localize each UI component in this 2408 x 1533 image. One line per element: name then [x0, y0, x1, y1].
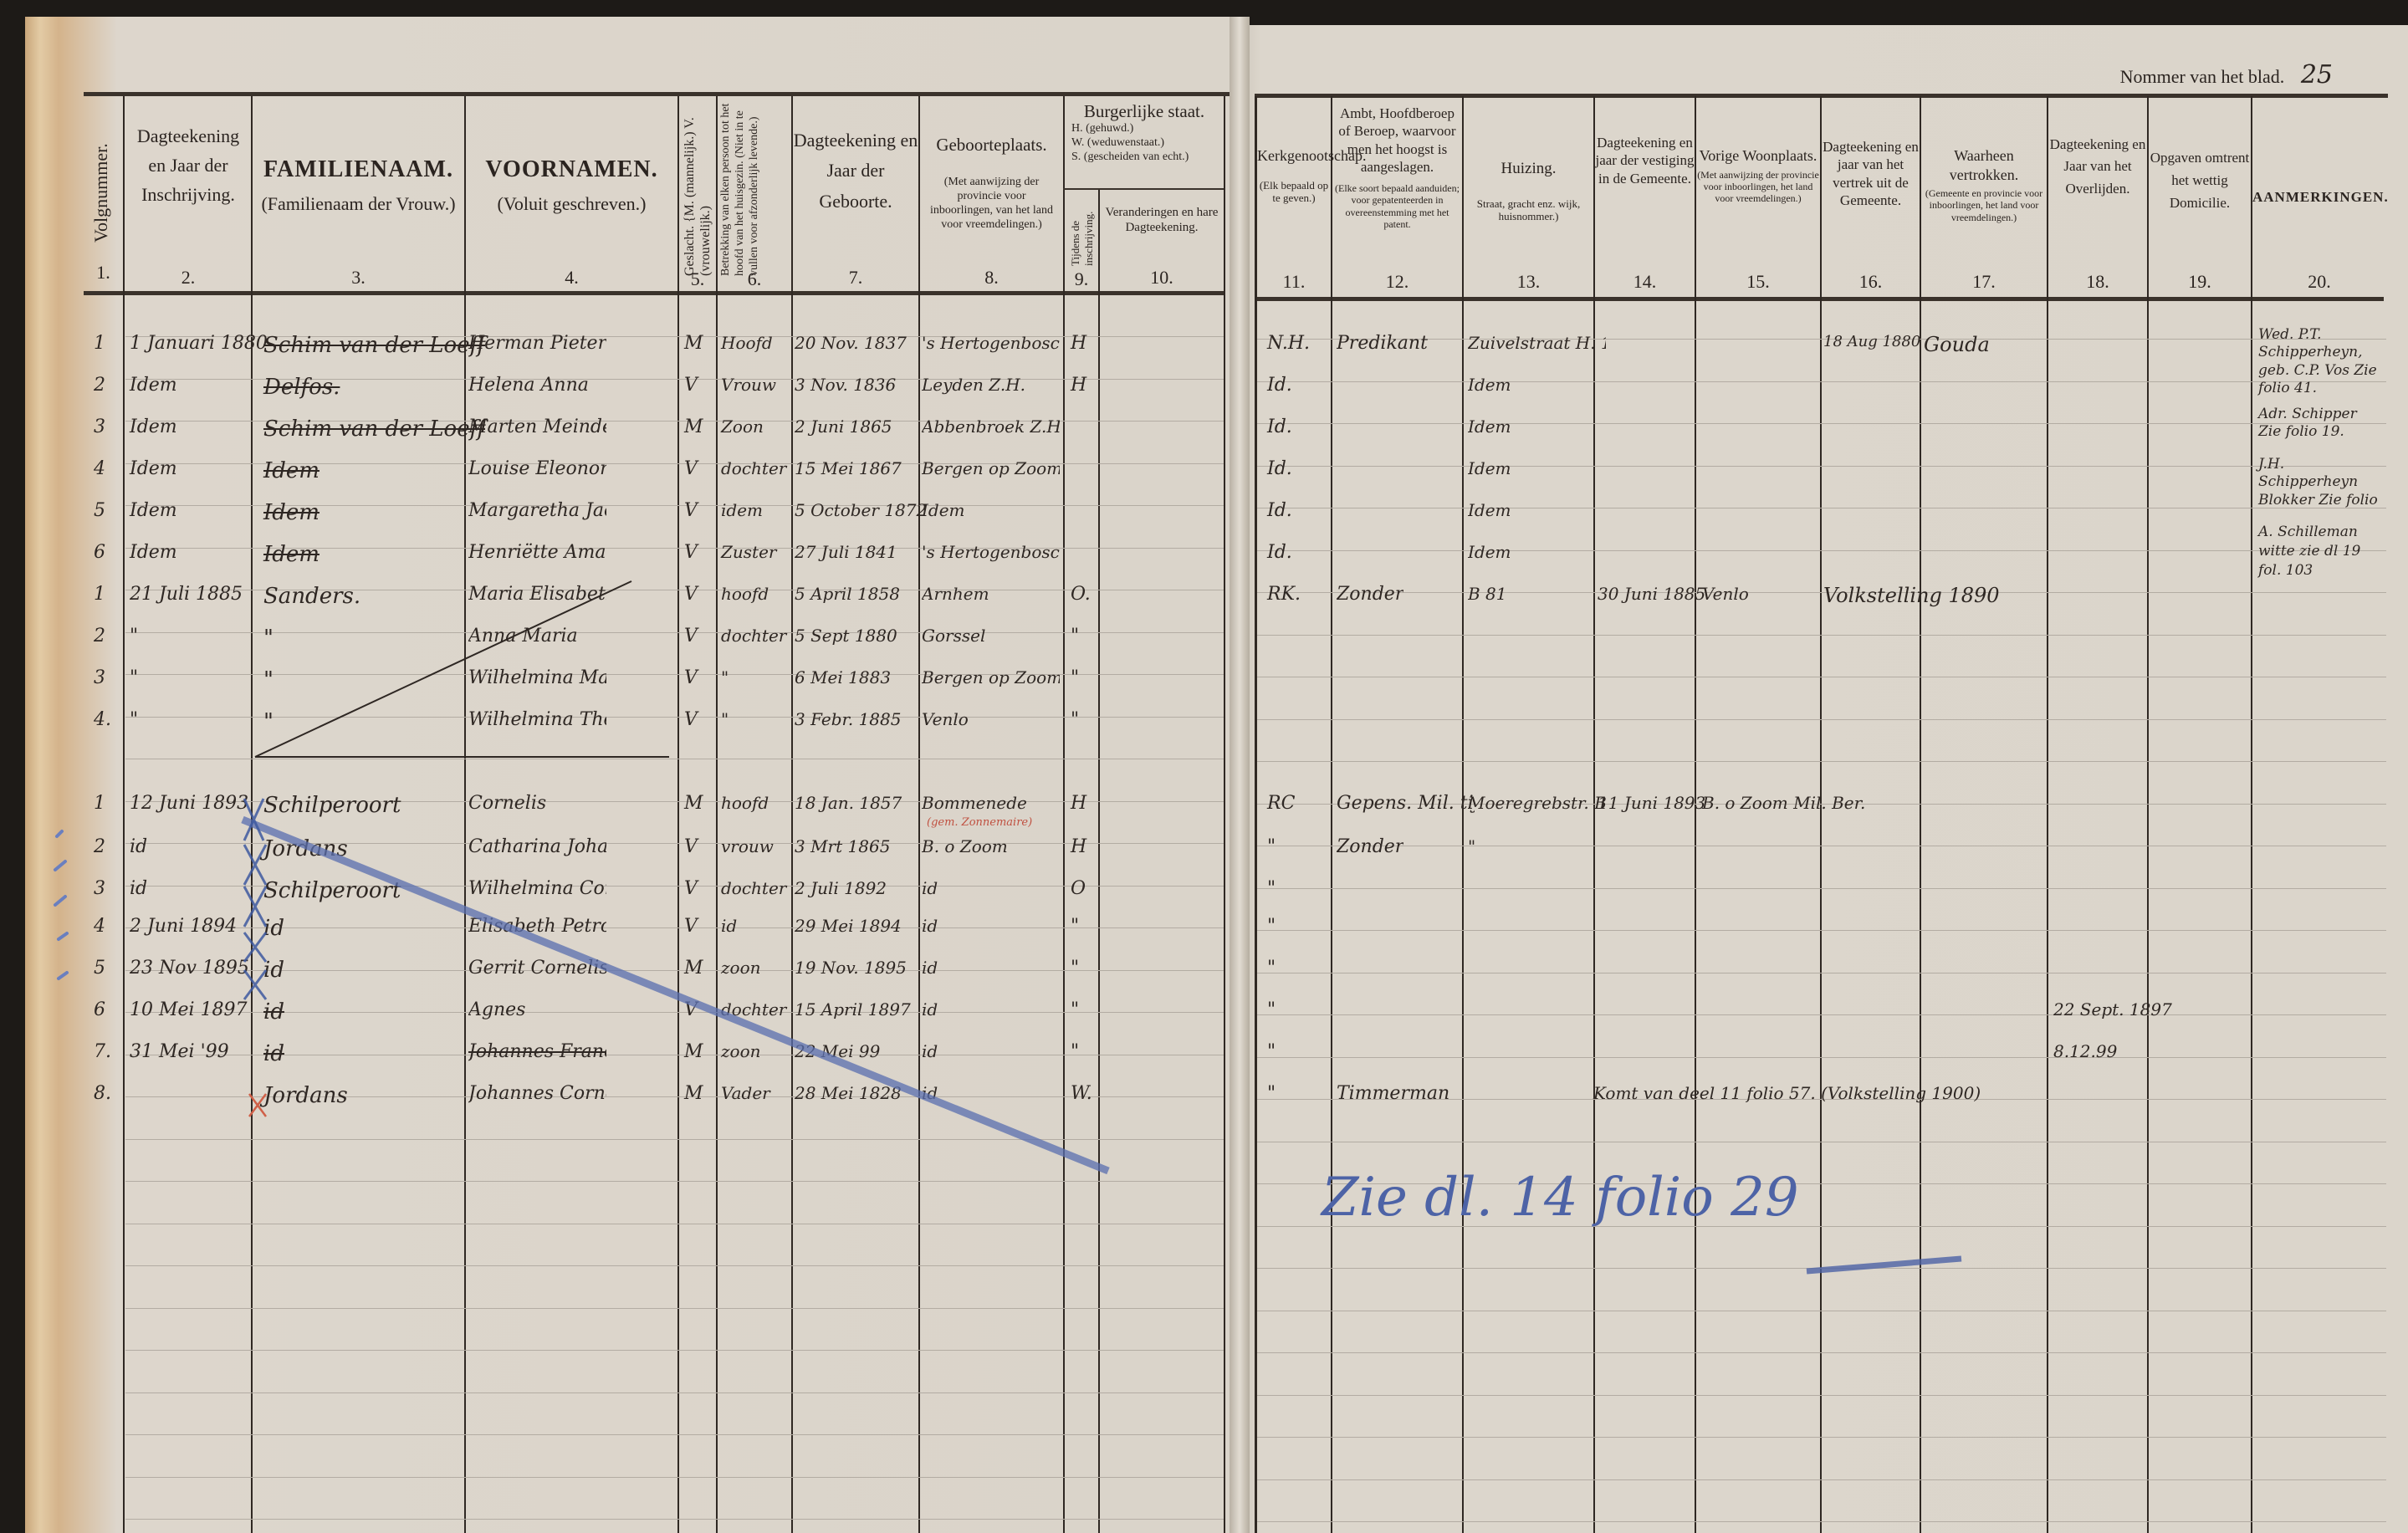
ruled-line	[125, 1350, 1224, 1351]
ruled-line	[1257, 423, 2386, 424]
ruled-line	[1257, 635, 2386, 636]
entry-birth: 19 Nov. 1895	[795, 958, 907, 978]
entry-house: Zuivelstraat H. 132.	[1468, 333, 1606, 353]
col-divider	[1462, 96, 1464, 1533]
header-col-2: Dagteekening en Jaar der Inschrijving. 2…	[125, 121, 251, 289]
entry-relation: zoon	[721, 1041, 761, 1061]
header-col-11: Kerkgenootschap. (Elk bepaald op te geve…	[1257, 146, 1331, 293]
entry-given: Gerrit Cornelis	[468, 958, 606, 979]
entry-surname: Delfos.	[263, 375, 340, 400]
entry-given: Agnes	[468, 999, 525, 1020]
entry-sex: M	[684, 333, 703, 354]
entry-relation: zoon	[721, 958, 761, 978]
entry-sex: M	[684, 793, 703, 814]
page-number: Nommer van het blad. 25	[2120, 60, 2333, 89]
entry-given: Catharina Johanna	[468, 836, 606, 857]
entry-surname: "	[263, 667, 274, 692]
col-divider	[1331, 96, 1332, 1533]
entry-date: "	[130, 709, 138, 730]
entry-occupation: Predikant	[1337, 333, 1428, 354]
entry-civil: O.	[1071, 584, 1091, 605]
blue-annotation: Zie dl. 14 folio 29	[1322, 1167, 1799, 1229]
entry-sex: V	[684, 667, 698, 688]
entry-given: Helena Anna	[468, 375, 589, 396]
entry-birthplace: Abbenbroek Z.H.	[922, 416, 1060, 437]
header-col-19: Opgaven omtrent het wettig Domicilie. 19…	[2149, 146, 2251, 293]
ruled-line	[1257, 1352, 2386, 1353]
entry-birth: 18 Jan. 1857	[795, 793, 902, 813]
entry-date: Idem	[130, 542, 177, 563]
entry-church: RK.	[1267, 584, 1301, 605]
entry-nr: 8.	[94, 1083, 111, 1104]
entry-house: Idem	[1468, 542, 1511, 562]
entry-date: Idem	[130, 458, 177, 479]
entry-relation: "	[721, 667, 729, 687]
entry-sex: V	[684, 500, 698, 521]
entry-nr: 4.	[94, 709, 111, 730]
entry-birth: 20 Nov. 1837	[795, 333, 907, 353]
entry-surname: Schim van der Loeff	[263, 416, 485, 442]
entry-given: Johannes Franciscus Jan	[468, 1041, 606, 1062]
ruled-line	[125, 1265, 1224, 1266]
entry-sex: M	[684, 958, 703, 979]
entry-birthplace: id	[922, 958, 938, 978]
entry-birthplace: Bergen op Zoom	[922, 667, 1060, 687]
entry-relation: hoofd	[721, 584, 769, 604]
header-col-10: Veranderingen en hare Dagteekening. 10.	[1100, 205, 1224, 289]
entry-given: Louise Eleonore Helena	[468, 458, 606, 479]
entry-date: 23 Nov 1895	[130, 958, 249, 979]
entry-birth: 15 Mei 1867	[795, 458, 902, 478]
entry-given: Maria Elisabeth	[468, 584, 606, 605]
header-col-15: Vorige Woonplaats. (Met aanwijzing der p…	[1696, 146, 1820, 293]
entry-nr: 1	[94, 333, 105, 354]
entry-sex: V	[684, 584, 698, 605]
entry-birthplace: Bommenede	[922, 793, 1027, 813]
entry-church: "	[1267, 1041, 1276, 1062]
entry-sex: V	[684, 836, 698, 857]
col-divider	[2047, 96, 2048, 1533]
ruled-line	[125, 632, 1224, 633]
entry-date: 21 Juli 1885	[130, 584, 243, 605]
entry-house: Idem	[1468, 458, 1511, 478]
header-num-6: 6.	[718, 268, 791, 291]
entry-date: "	[130, 667, 138, 688]
entry-birthplace: 's Hertogenbosch N.B.	[922, 542, 1060, 562]
entry-nr: 3	[94, 416, 105, 437]
ruled-line	[1257, 550, 2386, 551]
entry-civil: "	[1071, 626, 1079, 646]
entry-date: 10 Mei 1897	[130, 999, 248, 1020]
entry-relation: idem	[721, 500, 763, 520]
col-divider	[1920, 96, 1921, 1533]
ruled-line	[125, 1012, 1224, 1013]
ruled-line	[1257, 1311, 2386, 1311]
entry-civil: "	[1071, 999, 1079, 1020]
entry-relation: Vader	[721, 1083, 770, 1103]
header-col-13: Huizing. Straat, gracht enz. wijk, huisn…	[1464, 159, 1593, 293]
entry-sex: M	[684, 1041, 703, 1062]
entry-house: Moeregrebstr. B 93	[1468, 793, 1606, 813]
col-divider	[1255, 96, 1257, 1533]
ruled-line	[1257, 1437, 2386, 1438]
entry-birth: 28 Mei 1828	[795, 1083, 902, 1103]
entry-date: 1 Januari 1880	[130, 333, 268, 354]
ruled-line	[1257, 973, 2386, 973]
entry-relation: dochter	[721, 458, 786, 478]
entry-sex: V	[684, 375, 698, 396]
header-rule-left	[84, 291, 1225, 295]
header-col-7: Dagteekening en Jaar der Geboorte. 7.	[793, 125, 918, 289]
entry-nr: 1	[94, 793, 105, 814]
entry-civil: "	[1071, 667, 1079, 688]
ruled-line	[1257, 381, 2386, 382]
entry-date: 12 Juni 1893	[130, 793, 248, 814]
ruled-line	[1257, 677, 2386, 677]
ruled-line	[125, 1181, 1224, 1182]
entry-surname: "	[263, 626, 274, 651]
entry-sex: V	[684, 709, 698, 730]
entry-depart-to: Gouda	[1924, 333, 1990, 356]
entry-church: "	[1267, 999, 1276, 1020]
entry-civil: H	[1071, 333, 1086, 354]
entry-civil: "	[1071, 1041, 1079, 1062]
entry-nr: 6	[94, 999, 105, 1020]
entry-sex: M	[684, 1083, 703, 1104]
entry-birthplace: B. o Zoom	[922, 836, 1008, 856]
col-divider	[677, 96, 679, 1533]
ruled-line	[125, 1308, 1224, 1309]
col-divider	[2147, 96, 2149, 1533]
entry-settle-date: 30 Juni 1885	[1598, 584, 1705, 604]
ruled-line	[125, 927, 1224, 928]
col-divider	[251, 96, 253, 1533]
entry-surname: id	[263, 916, 284, 941]
entry-church: "	[1267, 958, 1276, 979]
ruled-line	[1257, 1521, 2386, 1522]
entry-birthplace: Bergen op Zoom	[922, 458, 1060, 478]
entry-date: "	[130, 626, 138, 646]
page-number-label: Nommer van het blad.	[2120, 66, 2285, 87]
entry-nr: 1	[94, 584, 105, 605]
entry-relation: dochter	[721, 999, 786, 1019]
entry-nr: 3	[94, 878, 105, 899]
entry-nr: 3	[94, 667, 105, 688]
entry-relation: vrouw	[721, 836, 774, 856]
entry-civil: O	[1071, 878, 1086, 899]
entry-date: 31 Mei '99	[130, 1041, 229, 1062]
entry-birthplace: Gorssel	[922, 626, 985, 646]
entry-given: Anna Maria	[468, 626, 578, 646]
entry-birthplace: id	[922, 916, 938, 936]
page-number-value: 25	[2301, 60, 2333, 89]
entry-relation: id	[721, 916, 737, 936]
entry-birthplace: id	[922, 999, 938, 1019]
header-burgerlijke-staat: Burgerlijke staat. H. (gehuwd.) W. (wedu…	[1065, 100, 1224, 188]
entry-relation: hoofd	[721, 793, 769, 813]
entry-surname: Idem	[263, 542, 320, 567]
col-divider	[1063, 96, 1065, 1533]
entry-birthplace: Arnhem	[922, 584, 989, 604]
ruled-line	[125, 1392, 1224, 1393]
entry-sex: V	[684, 916, 698, 937]
entry-date: Idem	[130, 500, 177, 521]
ruled-line	[1257, 1395, 2386, 1396]
entry-depart-date: 18 Aug 1880	[1823, 333, 1920, 350]
col-divider	[1593, 96, 1595, 1533]
entry-relation: dochter	[721, 878, 786, 898]
entry-occupation: Zonder	[1337, 584, 1403, 605]
ruled-line	[1257, 466, 2386, 467]
ruled-line	[125, 1519, 1224, 1520]
entry-given: Marten Meindert	[468, 416, 606, 437]
ruled-line	[1257, 1057, 2386, 1058]
entry-church: Id.	[1267, 416, 1292, 437]
top-rule-left	[84, 92, 1230, 96]
entry-date: 2 Juni 1894	[130, 916, 237, 937]
entry-church: Id.	[1267, 500, 1292, 521]
entry-surname: id	[263, 1041, 284, 1066]
entry-church: Id.	[1267, 458, 1292, 479]
col-divider	[918, 96, 920, 1533]
entry-relation: "	[721, 709, 729, 729]
remark-2: Adr. Schipper Zie folio 19.	[2258, 406, 2384, 442]
entry-birth: 2 Juni 1865	[795, 416, 892, 437]
entry-given: Elisabeth Petronella	[468, 916, 606, 937]
ruled-line	[125, 1139, 1224, 1140]
ruled-line	[1257, 888, 2386, 889]
entry-nr: 4	[94, 916, 105, 937]
entry-birthplace: Venlo	[922, 709, 969, 729]
entry-civil: "	[1071, 709, 1079, 730]
entry-relation: dochter	[721, 626, 786, 646]
entry-surname: id	[263, 999, 284, 1025]
entry-sex: V	[684, 878, 698, 899]
entry-birth: 3 Febr. 1885	[795, 709, 901, 729]
entry-civil: W.	[1071, 1083, 1092, 1104]
entry-civil: "	[1071, 958, 1079, 979]
entry-civil: H	[1071, 836, 1086, 857]
entry-birth: 2 Juli 1892	[795, 878, 887, 898]
entry-church: RC	[1267, 793, 1295, 814]
entry-birthplace: id	[922, 1083, 938, 1103]
entry-birth: 22 Mei 99	[795, 1041, 880, 1061]
entry-church: "	[1267, 916, 1276, 937]
entry-prev-residence: Venlo	[1702, 584, 1749, 604]
header-col-4: VOORNAMEN. (Voluit geschreven.) 4.	[466, 155, 677, 289]
civil-state-subrule	[1063, 188, 1224, 190]
entry-birthplace: Leyden Z.H.	[922, 375, 1025, 395]
ruled-line	[1257, 846, 2386, 846]
entry-given: Johannes Cornelis	[468, 1083, 606, 1104]
entry-nr: 4	[94, 458, 105, 479]
entry-nr: 2	[94, 375, 105, 396]
entry-given: Wilhelmina Maria Elisabeth	[468, 667, 606, 688]
entry-given: Cornelis	[468, 793, 546, 814]
entry-given: Henriëtte Amanda	[468, 542, 606, 563]
ruled-line	[1257, 592, 2386, 593]
entry-occupation: Timmerman	[1337, 1083, 1449, 1104]
entry-birthplace: id	[922, 1041, 938, 1061]
col-divider	[1695, 96, 1696, 1533]
entry-civil: "	[1071, 916, 1079, 937]
entry-birth: 29 Mei 1894	[795, 916, 902, 936]
entry-birthplace: 's Hertogenbosch N.B.	[922, 333, 1060, 353]
entry-church: "	[1267, 836, 1276, 857]
ruled-line	[125, 1434, 1224, 1435]
entry-occupation: Gepens. Mil. tijdelijk traktement	[1337, 793, 1475, 814]
col-divider	[791, 96, 793, 1533]
entry-relation: Vrouw	[721, 375, 776, 395]
entry-surname: Schilperoort	[263, 878, 401, 903]
entry-nr: 6	[94, 542, 105, 563]
entry-church: N.H.	[1267, 333, 1310, 354]
entry-death: 8.12.99	[2053, 1041, 2117, 1061]
ruled-line	[125, 1477, 1224, 1478]
entry-birth: 5 April 1858	[795, 584, 900, 604]
entry-relation: Hoofd	[721, 333, 773, 353]
entry-given: Margaretha Jacoba Amanda	[468, 500, 606, 521]
header-col-3: FAMILIENAAM. (Familienaam der Vrouw.) 3.	[253, 155, 464, 289]
entry-given: Wilhelmina Cornelia	[468, 878, 606, 899]
entry-birth: 15 April 1897	[795, 999, 911, 1019]
entry-death: 22 Sept. 1897	[2053, 999, 2172, 1019]
entry-sex: V	[684, 626, 698, 646]
entry-birth: 27 Juli 1841	[795, 542, 897, 562]
header-col-12: Ambt, Hoofdberoep of Beroep, waarvoor me…	[1332, 105, 1462, 293]
entry-date: id	[130, 878, 147, 899]
header-col-5: Geslacht. {M. (mannelijk.) V. (vrouwelij…	[682, 96, 713, 276]
entry-civil: H	[1071, 375, 1086, 396]
entry-surname: Schilperoort	[263, 793, 401, 818]
col-divider	[716, 96, 718, 1533]
entry-nr: 5	[94, 958, 105, 979]
entry-sex: V	[684, 999, 698, 1020]
entry-surname: id	[263, 958, 284, 983]
entry-occupation: Zonder	[1337, 836, 1403, 857]
entry-birth: 6 Mei 1883	[795, 667, 891, 687]
ruled-line	[1257, 1142, 2386, 1142]
entry-house: "	[1468, 836, 1475, 856]
entry-sex: V	[684, 542, 698, 563]
entry-depart-to: Volkstelling 1890	[1823, 584, 2000, 607]
entry-church: "	[1267, 1083, 1276, 1104]
entry-surname: "	[263, 709, 274, 734]
entry-birthplace: Idem	[922, 500, 965, 520]
entry-birthplace-note: (gem. Zonnemaire)	[927, 816, 1032, 829]
ruled-line	[1257, 719, 2386, 720]
header-col-1: Volgnummer.	[90, 143, 112, 243]
entry-birth: 5 Sept 1880	[795, 626, 897, 646]
header-rule-right	[1255, 297, 2384, 301]
entry-settle-date: 11 Juni 1893	[1598, 793, 1705, 813]
col-divider	[2251, 96, 2252, 1533]
entry-date: Idem	[130, 375, 177, 396]
col-divider	[1098, 188, 1100, 1533]
entry-house: Idem	[1468, 416, 1511, 437]
entry-civil: H	[1071, 793, 1086, 814]
entry-relation: Zuster	[721, 542, 776, 562]
entry-house: B 81	[1468, 584, 1507, 604]
ruled-line	[1257, 930, 2386, 931]
entry-church: "	[1267, 878, 1276, 899]
entry-given: Herman Pieter	[468, 333, 606, 354]
entry-sex: M	[684, 416, 703, 437]
entry-house: Idem	[1468, 500, 1511, 520]
ruled-line	[1257, 1014, 2386, 1015]
ruled-line	[1257, 1268, 2386, 1269]
ruled-line	[125, 1055, 1224, 1055]
ruled-line	[125, 759, 1224, 759]
entry-church: Id.	[1267, 542, 1292, 563]
entry-birth: 3 Mrt 1865	[795, 836, 890, 856]
remark-1: Wed. P.T. Schipperheyn, geb. C.P. Vos Zi…	[2258, 326, 2384, 397]
entry-surname: Idem	[263, 500, 320, 525]
header-num-1: 1.	[84, 261, 123, 284]
entry-surname: Sanders.	[263, 584, 360, 609]
entry-sex: V	[684, 458, 698, 479]
entry-nr: 5	[94, 500, 105, 521]
entry-birth: 3 Nov. 1836	[795, 375, 896, 395]
entry-note: Komt van deel 11 folio 57. (Volkstelling…	[1593, 1083, 1981, 1103]
entry-relation: Zoon	[721, 416, 764, 437]
entry-birthplace: id	[922, 878, 938, 898]
entry-date: Idem	[130, 416, 177, 437]
ruled-line	[1257, 508, 2386, 508]
header-col-18: Dagteekening en Jaar van het Overlijden.…	[2048, 134, 2147, 293]
ruled-line	[125, 970, 1224, 971]
col-divider	[1224, 96, 1225, 1533]
ruled-line	[1257, 761, 2386, 762]
ruled-line	[1257, 1479, 2386, 1480]
entry-birth: 5 October 1872	[795, 500, 927, 520]
ruled-line	[125, 1224, 1224, 1224]
ruled-line	[125, 717, 1224, 718]
header-col-9: Tijdens de inschrijving.	[1069, 191, 1095, 266]
entry-surname: Jordans	[263, 1083, 348, 1108]
header-col-8: Geboorteplaats. (Met aanwijzing der prov…	[920, 134, 1063, 289]
entry-date: id	[130, 836, 147, 857]
entry-nr: 2	[94, 626, 105, 646]
header-col-17: Waarheen vertrokken. (Gemeente en provin…	[1921, 146, 2047, 293]
header-col-6: Betrekking van elken persoon tot het hoo…	[719, 96, 761, 276]
entry-church: Id.	[1267, 375, 1292, 396]
entry-surname: Jordans	[263, 836, 348, 861]
header-col-16: Dagteekening en jaar van het vertrek uit…	[1822, 138, 1920, 293]
entry-nr: 2	[94, 836, 105, 857]
entry-prev-residence: B. o Zoom Mil. Ber.	[1702, 793, 1865, 813]
book-spine	[1230, 17, 1250, 1533]
col-divider	[123, 96, 125, 1533]
col-divider	[1820, 96, 1822, 1533]
entry-nr: 7.	[94, 1041, 111, 1062]
header-num-9: 9.	[1065, 268, 1098, 291]
entry-surname: Idem	[263, 458, 320, 483]
header-col-14: Dagteekening en jaar der vestiging in de…	[1595, 134, 1695, 293]
remark-3: J.H. Schipperheyn Blokker Zie folio	[2258, 456, 2384, 509]
entry-given: Wilhelmina Theodora	[468, 709, 606, 730]
remark-4: A. Schilleman witte zie dl 19 fol. 103	[2258, 523, 2384, 580]
entry-house: Idem	[1468, 375, 1511, 395]
header-col-20: AANMERKINGEN. 20.	[2252, 188, 2386, 293]
col-divider	[464, 96, 466, 1533]
entry-surname: Schim van der Loeff	[263, 333, 485, 358]
header-num-5: 5.	[679, 268, 716, 291]
